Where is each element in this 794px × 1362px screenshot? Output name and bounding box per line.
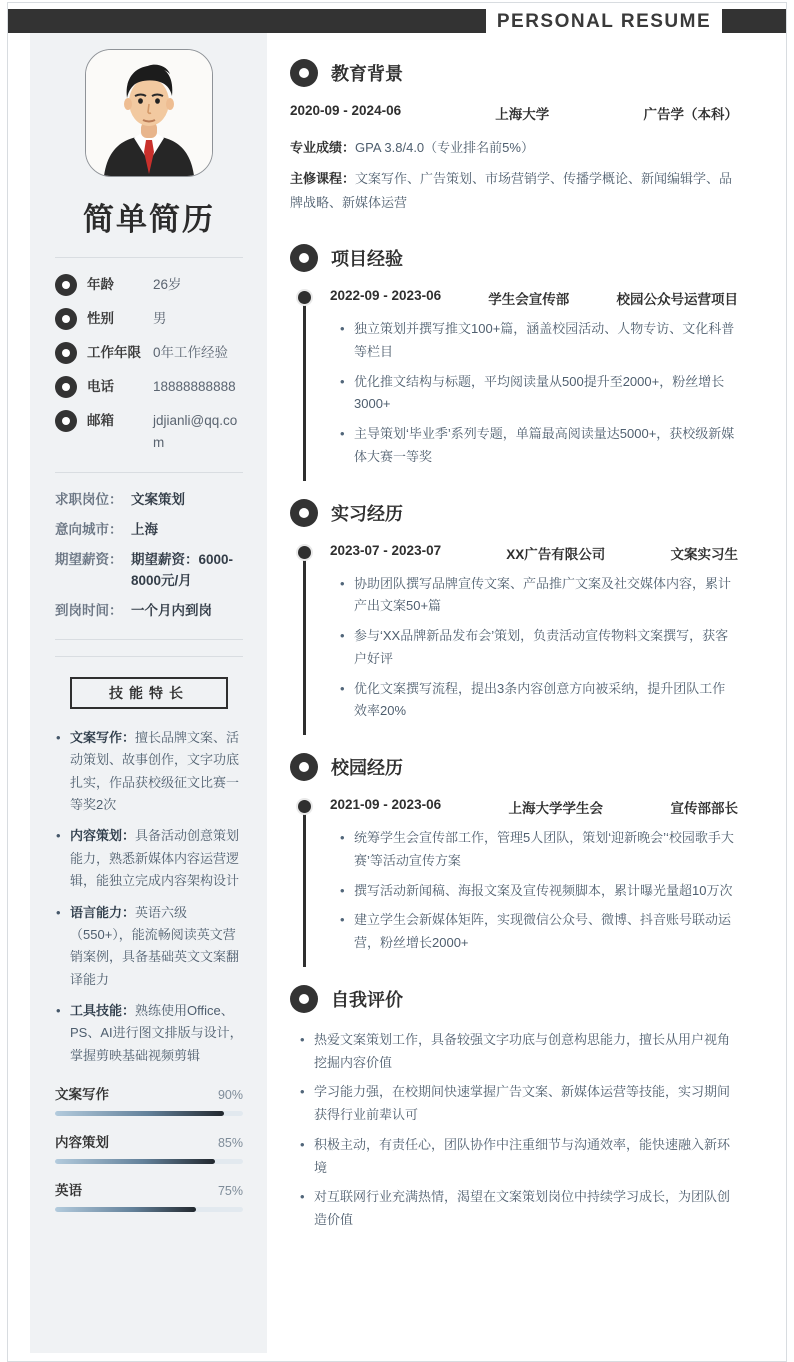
education-header-row: 2020-09 - 2024-06 上海大学 广告学（本科） xyxy=(290,103,738,123)
section-title: 校园经历 xyxy=(331,754,403,780)
bar-label: 文案写作 xyxy=(55,1083,109,1103)
section-bullet-icon xyxy=(290,59,318,87)
section-bullet-icon xyxy=(290,985,318,1013)
skills-list: 文案写作：擅长品牌文案、活动策划、故事创作，文字功底扎实，作品获校级征文比赛一等… xyxy=(55,727,243,1067)
info-label: 年龄 xyxy=(87,274,153,296)
self-evaluation-bullets: 热爱文案策划工作，具备较强文字功底与创意构思能力，擅长从用户视角挖掘内容价值 学… xyxy=(290,1029,738,1123)
info-row-phone: 电话 18888888888 xyxy=(55,376,243,398)
entry-role: 宣传部部长 xyxy=(671,797,739,817)
project-entry: 2022-09 - 2023-06 学生会宣传部 校园公众号运营项目 独立策划并… xyxy=(290,288,738,469)
courses-text: 文案写作、广告策划、市场营销学、传播学概论、新闻编辑学、品牌战略、新媒体运营 xyxy=(290,171,732,209)
intent-label: 求职岗位： xyxy=(55,489,131,510)
section-self-evaluation: 自我评价 热爱文案策划工作，具备较强文字功底与创意构思能力，擅长从用户视角挖掘内… xyxy=(290,985,738,1123)
bullet-item: 撰写活动新闻稿、海报文案及宣传视频脚本，累计曝光量超10万次 xyxy=(338,880,738,903)
bullet-item: 热爱文案策划工作，具备较强文字功底与创意构思能力，擅长从用户视角挖掘内容价值 xyxy=(298,1029,738,1075)
skill-label: 内容策划： xyxy=(70,828,135,843)
timeline-dot-icon xyxy=(298,291,311,304)
divider xyxy=(55,472,243,473)
entry-header-row: 2021-09 - 2023-06 上海大学学生会 宣传部部长 xyxy=(330,797,738,817)
gpa-text: GPA 3.8/4.0（专业排名前5%） xyxy=(355,140,534,155)
sidebar: 简单简历 年龄 26岁 性别 男 工作年限 0年工作经验 xyxy=(30,33,267,1123)
skill-label: 工具技能： xyxy=(70,1003,135,1018)
entry-header-row: 2023-07 - 2023-07 XX广告有限公司 文案实习生 xyxy=(330,543,738,563)
email-icon xyxy=(55,410,77,432)
intent-row-availability: 到岗时间： 一个月内到岗 xyxy=(55,600,243,621)
bullet-item: 统筹学生会宣传部工作，管理5人团队，策划‘迎新晚会’‘校园歌手大赛’等活动宣传方… xyxy=(338,827,738,873)
section-title: 项目经验 xyxy=(331,245,403,271)
intent-row-position: 求职岗位： 文案策划 xyxy=(55,489,243,510)
intent-value: 一个月内到岗 xyxy=(131,600,243,621)
divider xyxy=(55,656,243,657)
entry-org: 上海大学学生会 xyxy=(509,797,604,817)
profile-photo xyxy=(85,49,213,177)
section-title: 实习经历 xyxy=(331,500,403,526)
bullet-item: 优化推文结构与标题，平均阅读量从500提升至2000+，粉丝增长3000+ xyxy=(338,371,738,417)
intent-label: 意向城市： xyxy=(55,519,131,540)
bullet-item: 学习能力强，在校期间快速掌握广告文案、新媒体运营等技能，实习期间获得行业前辈认可 xyxy=(298,1081,738,1123)
intent-row-city: 意向城市： 上海 xyxy=(55,519,243,540)
personal-info-list: 年龄 26岁 性别 男 工作年限 0年工作经验 电话 18888888888 xyxy=(55,274,243,454)
entry-bullets: 协助团队撰写品牌宣传文案、产品推广文案及社交媒体内容，累计产出文案50+篇 参与… xyxy=(330,573,738,724)
info-row-gender: 性别 男 xyxy=(55,308,243,330)
bullet-item: 协助团队撰写品牌宣传文案、产品推广文案及社交媒体内容，累计产出文案50+篇 xyxy=(338,573,738,619)
phone-icon xyxy=(55,376,77,398)
intent-label: 期望薪资： xyxy=(55,549,131,570)
skill-bar-copywriting: 文案写作 90% xyxy=(55,1083,243,1116)
info-value: 0年工作经验 xyxy=(153,342,243,364)
gender-icon xyxy=(55,308,77,330)
columns: 简单简历 年龄 26岁 性别 男 工作年限 0年工作经验 xyxy=(8,33,786,1123)
intent-value: 上海 xyxy=(131,519,243,540)
skill-label: 语言能力： xyxy=(70,905,135,920)
education-major: 广告学（本科） xyxy=(644,103,739,123)
timeline-dot-icon xyxy=(298,800,311,813)
timeline-dot-icon xyxy=(298,546,311,559)
info-value: 18888888888 xyxy=(153,376,243,398)
internship-entry: 2023-07 - 2023-07 XX广告有限公司 文案实习生 协助团队撰写品… xyxy=(290,543,738,724)
skills-section-title: 技能特长 xyxy=(70,677,228,709)
bar-fill xyxy=(55,1111,224,1116)
bullet-item: 优化文案撰写流程，提出3条内容创意方向被采纳，提升团队工作效率20% xyxy=(338,678,738,724)
skill-item: 内容策划：具备活动创意策划能力，熟悉新媒体内容运营逻辑，能独立完成内容架构设计 xyxy=(55,825,243,892)
header-title: PERSONAL RESUME xyxy=(486,6,722,38)
section-bullet-icon xyxy=(290,244,318,272)
skill-label: 文案写作： xyxy=(70,730,135,745)
education-period: 2020-09 - 2024-06 xyxy=(290,103,401,123)
info-label: 性别 xyxy=(87,308,153,330)
section-title: 教育背景 xyxy=(331,60,403,86)
intent-row-salary: 期望薪资： 期望薪资：6000-8000元/月 xyxy=(55,549,243,591)
resume-page: PERSONAL RESUME xyxy=(7,2,787,1123)
info-label: 工作年限 xyxy=(87,342,153,364)
candidate-name: 简单简历 xyxy=(55,194,243,239)
education-gpa: 专业成绩：GPA 3.8/4.0（专业排名前5%） xyxy=(290,136,738,159)
entry-org: 学生会宣传部 xyxy=(488,288,569,308)
section-bullet-icon xyxy=(290,753,318,781)
entry-role: 文案实习生 xyxy=(670,543,738,563)
info-row-email: 邮箱 jdjianli@qq.com xyxy=(55,410,243,454)
entry-period: 2023-07 - 2023-07 xyxy=(330,543,441,563)
divider xyxy=(55,639,243,640)
avatar-illustration xyxy=(86,50,212,176)
entry-bullets: 独立策划并撰写推文100+篇，涵盖校园活动、人物专访、文化科普等栏目 优化推文结… xyxy=(330,318,738,469)
bullet-item: 参与‘XX品牌新品发布会’策划，负责活动宣传物料文案撰写，获客户好评 xyxy=(338,625,738,671)
section-title: 自我评价 xyxy=(331,986,403,1012)
info-label: 电话 xyxy=(87,376,153,398)
skill-bars: 文案写作 90% 内容策划 85% xyxy=(55,1083,243,1123)
entry-period: 2021-09 - 2023-06 xyxy=(330,797,441,817)
gpa-label: 专业成绩： xyxy=(290,140,355,155)
intent-label: 到岗时间： xyxy=(55,600,131,621)
skill-item: 语言能力：英语六级（550+），能流畅阅读英文营销案例，具备基础英文文案翻译能力 xyxy=(55,902,243,991)
skill-item: 工具技能：熟练使用Office、PS、AI进行图文排版与设计，掌握剪映基础视频剪… xyxy=(55,1000,243,1067)
entry-header-row: 2022-09 - 2023-06 学生会宣传部 校园公众号运营项目 xyxy=(330,288,738,308)
info-value: jdjianli@qq.com xyxy=(153,410,243,454)
section-bullet-icon xyxy=(290,499,318,527)
entry-role: 校园公众号运营项目 xyxy=(617,288,739,308)
divider xyxy=(55,257,243,258)
education-courses: 主修课程：文案写作、广告策划、市场营销学、传播学概论、新闻编辑学、品牌战略、新媒… xyxy=(290,167,738,214)
education-school: 上海大学 xyxy=(495,103,549,123)
info-label: 邮箱 xyxy=(87,410,153,432)
bullet-item: 独立策划并撰写推文100+篇，涵盖校园活动、人物专访、文化科普等栏目 xyxy=(338,318,738,364)
section-projects: 项目经验 2022-09 - 2023-06 学生会宣传部 校园公众号运营项目 … xyxy=(290,244,738,469)
age-icon xyxy=(55,274,77,296)
info-row-experience: 工作年限 0年工作经验 xyxy=(55,342,243,364)
intent-value: 期望薪资：6000-8000元/月 xyxy=(131,549,243,591)
job-intent-list: 求职岗位： 文案策划 意向城市： 上海 期望薪资： 期望薪资：6000-8000… xyxy=(55,489,243,621)
info-value: 男 xyxy=(153,308,243,330)
header-bar: PERSONAL RESUME xyxy=(8,9,786,33)
bullet-item: 建立学生会新媒体矩阵，实现微信公众号、微博、抖音账号联动运营，粉丝增长2000+ xyxy=(338,909,738,955)
campus-entry: 2021-09 - 2023-06 上海大学学生会 宣传部部长 统筹学生会宣传部… xyxy=(290,797,738,955)
skill-item: 文案写作：擅长品牌文案、活动策划、故事创作，文字功底扎实，作品获校级征文比赛一等… xyxy=(55,727,243,816)
section-education: 教育背景 2020-09 - 2024-06 上海大学 广告学（本科） 专业成绩… xyxy=(290,59,738,214)
courses-label: 主修课程： xyxy=(290,171,355,186)
section-campus: 校园经历 2021-09 - 2023-06 上海大学学生会 宣传部部长 统筹学… xyxy=(290,753,738,955)
section-internship: 实习经历 2023-07 - 2023-07 XX广告有限公司 文案实习生 协助… xyxy=(290,499,738,724)
main-content: 教育背景 2020-09 - 2024-06 上海大学 广告学（本科） 专业成绩… xyxy=(290,33,738,1123)
info-row-age: 年龄 26岁 xyxy=(55,274,243,296)
experience-icon xyxy=(55,342,77,364)
bar-track xyxy=(55,1111,243,1116)
intent-value: 文案策划 xyxy=(131,489,243,510)
entry-period: 2022-09 - 2023-06 xyxy=(330,288,441,308)
entry-org: XX广告有限公司 xyxy=(506,543,605,563)
entry-bullets: 统筹学生会宣传部工作，管理5人团队，策划‘迎新晚会’‘校园歌手大赛’等活动宣传方… xyxy=(330,827,738,955)
bar-percent: 90% xyxy=(218,1088,243,1102)
info-value: 26岁 xyxy=(153,274,243,296)
bullet-item: 主导策划‘毕业季’系列专题，单篇最高阅读量达5000+，获校级新媒体大赛一等奖 xyxy=(338,423,738,469)
